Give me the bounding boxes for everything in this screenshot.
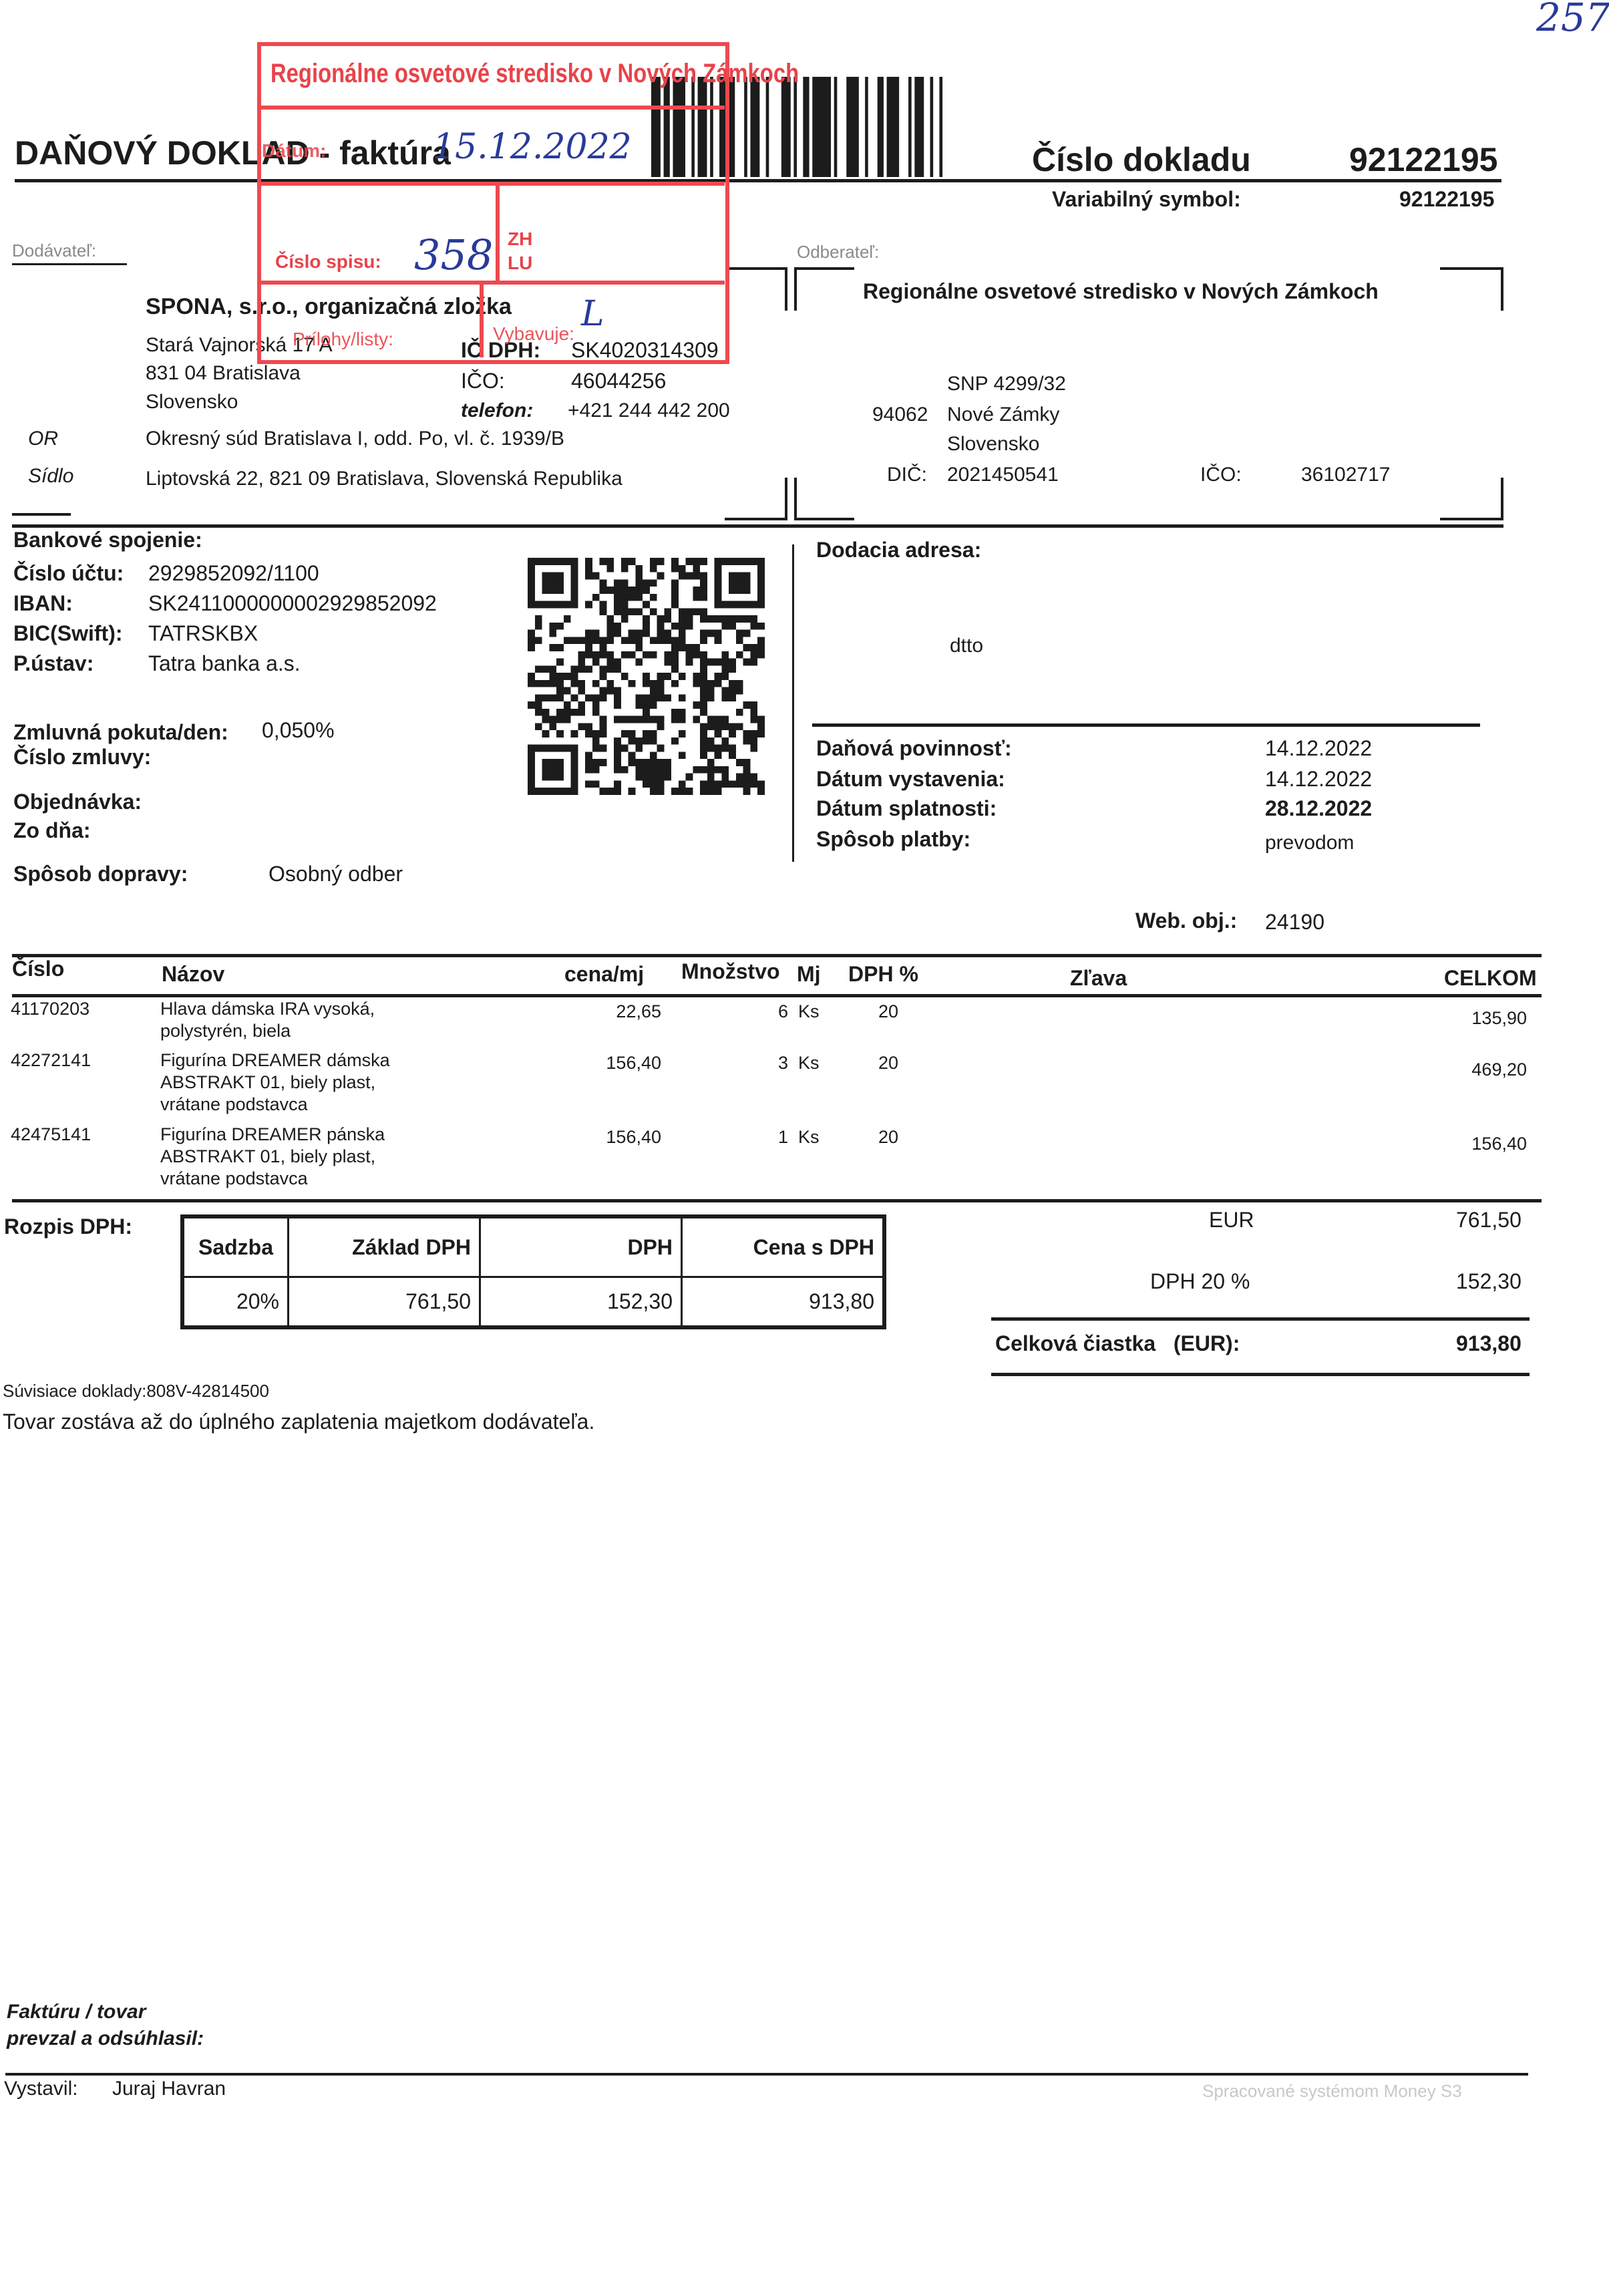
or-value: Okresný súd Bratislava I, odd. Po, vl. č… (146, 428, 564, 450)
vat-gross: 913,80 (682, 1277, 885, 1328)
bracket-line (794, 267, 797, 311)
variable-symbol-label: Variabilný symbol: (1052, 187, 1241, 212)
supplier-label-rule (12, 263, 127, 265)
column-divider (792, 544, 794, 862)
iban: SK2411000000002929852092 (148, 591, 437, 616)
supplier-country: Slovensko (146, 391, 238, 414)
payment-qr-code (528, 558, 765, 795)
related-documents: Súvisiace doklady:808V-42814500 (3, 1381, 269, 1402)
item-name-line: ABSTRAKT 01, biely plast, (160, 1072, 375, 1093)
vat-summary-row: 20% 761,50 152,30 913,80 (182, 1277, 884, 1328)
vat-amount: 152,30 (480, 1277, 682, 1328)
penalty-label: Zmluvná pokuta/den: (13, 720, 228, 745)
bracket-line (785, 478, 787, 519)
supplier-city: 831 04 Bratislava (146, 362, 301, 385)
customer-dic-label: DIČ: (887, 464, 927, 486)
delivery-value: dtto (950, 635, 983, 657)
supplier-ico: 46044256 (571, 369, 666, 393)
delivery-heading: Dodacia adresa: (816, 538, 981, 562)
stamp-frame (257, 42, 729, 364)
grand-total: 913,80 (1456, 1331, 1522, 1356)
col-qty: Množstvo (681, 959, 780, 984)
customer-ico: 36102717 (1301, 464, 1390, 486)
or-label: OR (28, 428, 58, 450)
customer-city: Nové Zámky (947, 403, 1059, 426)
tax-duty-label: Daňová povinnosť: (816, 736, 1012, 761)
bracket-bottom-right (794, 518, 854, 520)
item-unit-price: 156,40 (534, 1053, 661, 1074)
customer-street: SNP 4299/32 (947, 373, 1066, 395)
vat-col-gross: Cena s DPH (682, 1216, 885, 1277)
bracket-line (1501, 267, 1503, 311)
supplier-bottom-mark (12, 513, 71, 516)
customer-ico-label: IČO: (1200, 464, 1242, 486)
vat-base: 761,50 (289, 1277, 480, 1328)
web-order-value: 24190 (1265, 910, 1324, 935)
supplier-phone: +421 244 442 200 (568, 399, 730, 422)
doc-number-label: Číslo dokladu (1032, 140, 1251, 179)
bracket-line (785, 267, 787, 311)
totals-vat-label: DPH 20 % (1150, 1269, 1250, 1294)
totals-currency-label: EUR (1209, 1208, 1254, 1233)
col-unit-price: cena/mj (564, 962, 644, 987)
col-unit: Mj (797, 962, 821, 987)
due-date: 28.12.2022 (1265, 796, 1372, 821)
received-by-line2: prevzal a odsúhlasil: (7, 2027, 204, 2050)
col-code: Číslo (12, 957, 64, 981)
stamp-divider (480, 281, 484, 357)
item-unit: Ks (798, 1001, 820, 1022)
received-by-line1: Faktúru / tovar (7, 2001, 146, 2023)
item-total: 469,20 (1403, 1059, 1527, 1080)
item-total: 156,40 (1403, 1134, 1527, 1154)
doc-number: 92122195 (1349, 140, 1497, 179)
customer-name: Regionálne osvetové stredisko v Nových Z… (863, 279, 1379, 304)
payment-method: prevodom (1265, 832, 1354, 854)
stamp-date-value: 15.12.2022 (433, 127, 632, 167)
items-header-rule (12, 994, 1542, 997)
item-name-line: Figurína DREAMER pánska (160, 1124, 385, 1145)
totals-base: 761,50 (1456, 1208, 1522, 1233)
bracket-line (1501, 478, 1503, 519)
vat-col-vat: DPH (480, 1216, 682, 1277)
customer-country: Slovensko (947, 433, 1039, 456)
supplier-section-label: Dodávateľ: (12, 240, 96, 261)
transport-label: Spôsob dopravy: (13, 862, 188, 886)
item-name-line: Hlava dámska IRA vysoká, (160, 999, 375, 1019)
items-top-rule (12, 954, 1542, 957)
bracket-top-right (794, 267, 854, 270)
stamp-divider (257, 281, 725, 285)
bank-name: Tatra banka a.s. (148, 651, 301, 676)
due-label: Dátum splatnosti: (816, 796, 997, 821)
software-credit: Spracované systémom Money S3 (1202, 2081, 1462, 2102)
bracket-top-left (728, 267, 787, 270)
item-vat: 20 (878, 1127, 898, 1148)
grand-total-label: Celková čiastka (EUR): (995, 1331, 1240, 1356)
item-qty: 1 (761, 1127, 788, 1148)
seat-label: Sídlo (28, 465, 73, 488)
variable-symbol: 92122195 (1399, 187, 1494, 212)
vat-col-rate: Sadzba (182, 1216, 289, 1277)
title-rule (15, 179, 1501, 182)
order-date-label: Zo dňa: (13, 818, 91, 843)
bic: TATRSKBX (148, 621, 258, 646)
footer-rule (5, 2073, 1528, 2076)
stamp-org: Regionálne osvetové stredisko v Nových Z… (271, 59, 799, 89)
item-total: 135,90 (1403, 1008, 1527, 1029)
vat-summary-label: Rozpis DPH: (4, 1214, 132, 1239)
stamp-attachments-label: Prílohy/listy: (293, 329, 393, 350)
item-qty: 3 (761, 1053, 788, 1074)
item-qty: 6 (761, 1001, 788, 1022)
item-unit: Ks (798, 1127, 820, 1148)
bank-heading: Bankové spojenie: (13, 528, 202, 552)
customer-zip: 94062 (872, 403, 928, 426)
col-name: Názov (162, 962, 224, 987)
col-total: CELKOM (1444, 966, 1537, 991)
stamp-date-label: Dátum: (262, 140, 326, 162)
section-rule (12, 524, 1503, 528)
stamp-divider (496, 182, 500, 282)
item-vat: 20 (878, 1001, 898, 1022)
seat-value: Liptovská 22, 821 09 Bratislava, Slovens… (146, 468, 622, 490)
issued-by-name: Juraj Havran (112, 2078, 226, 2100)
order-label: Objednávka: (13, 790, 142, 814)
item-code: 42475141 (11, 1124, 91, 1145)
item-code: 42272141 (11, 1050, 91, 1071)
item-unit-price: 22,65 (534, 1001, 661, 1022)
iban-label: IBAN: (13, 591, 73, 616)
stamp-file-no-value: 358 (414, 230, 493, 279)
vat-rate: 20% (182, 1277, 289, 1328)
item-code: 41170203 (11, 999, 90, 1019)
supplier-phone-label: telefon: (461, 399, 533, 422)
bic-label: BIC(Swift): (13, 621, 123, 646)
item-name-line: polystyrén, biela (160, 1021, 291, 1041)
web-order-label: Web. obj.: (1135, 909, 1237, 933)
bank-name-label: P.ústav: (13, 651, 94, 676)
vat-summary-table: Sadzba Základ DPH DPH Cena s DPH 20% 761… (180, 1214, 886, 1329)
stamp-file-no-label: Číslo spisu: (275, 251, 381, 273)
stamp-code-lu: LU (508, 253, 532, 274)
customer-section-label: Odberateľ: (797, 242, 879, 263)
item-name-line: vrátane podstavca (160, 1094, 308, 1115)
item-vat: 20 (878, 1053, 898, 1074)
issued-date: 14.12.2022 (1265, 767, 1372, 792)
totals-vat: 152,30 (1456, 1269, 1522, 1294)
totals-rule (991, 1317, 1530, 1321)
payment-label: Spôsob platby: (816, 827, 970, 852)
dates-rule (812, 723, 1480, 727)
stamp-handled-by-value: L (581, 294, 604, 334)
stamp-divider (257, 106, 725, 110)
bracket-bottom-left (725, 518, 787, 520)
stamp-divider (257, 182, 725, 186)
bracket-bottom-far-right (1440, 518, 1503, 520)
ownership-note: Tovar zostáva až do úplného zaplatenia m… (3, 1410, 594, 1434)
tax-duty-date: 14.12.2022 (1265, 736, 1372, 761)
bracket-top-far-right (1440, 267, 1503, 270)
item-unit: Ks (798, 1053, 820, 1074)
col-vat: DPH % (848, 962, 918, 987)
penalty-value: 0,050% (262, 718, 335, 743)
issued-by-label: Vystavil: (4, 2078, 78, 2100)
bank-account-label: Číslo účtu: (13, 561, 124, 586)
vat-col-base: Základ DPH (289, 1216, 480, 1277)
item-name-line: ABSTRAKT 01, biely plast, (160, 1146, 375, 1167)
bank-account: 2929852092/1100 (148, 561, 319, 586)
stamp-code-zh: ZH (508, 228, 532, 250)
supplier-ico-label: IČO: (461, 369, 505, 393)
item-name-line: vrátane podstavca (160, 1168, 308, 1189)
stamp-handled-by-label: Vybavuje: (493, 323, 574, 345)
contract-label: Číslo zmluvy: (13, 745, 151, 770)
col-discount: Zľava (1070, 966, 1127, 991)
item-unit-price: 156,40 (534, 1127, 661, 1148)
issued-label: Dátum vystavenia: (816, 767, 1005, 792)
handwritten-page-number: 257 (1536, 0, 1609, 40)
customer-dic: 2021450541 (947, 464, 1059, 486)
item-name-line: Figurína DREAMER dámska (160, 1050, 390, 1071)
totals-bottom-rule (991, 1373, 1530, 1376)
bracket-line (794, 478, 797, 519)
items-bottom-rule (12, 1199, 1542, 1202)
transport-value: Osobný odber (269, 862, 403, 886)
